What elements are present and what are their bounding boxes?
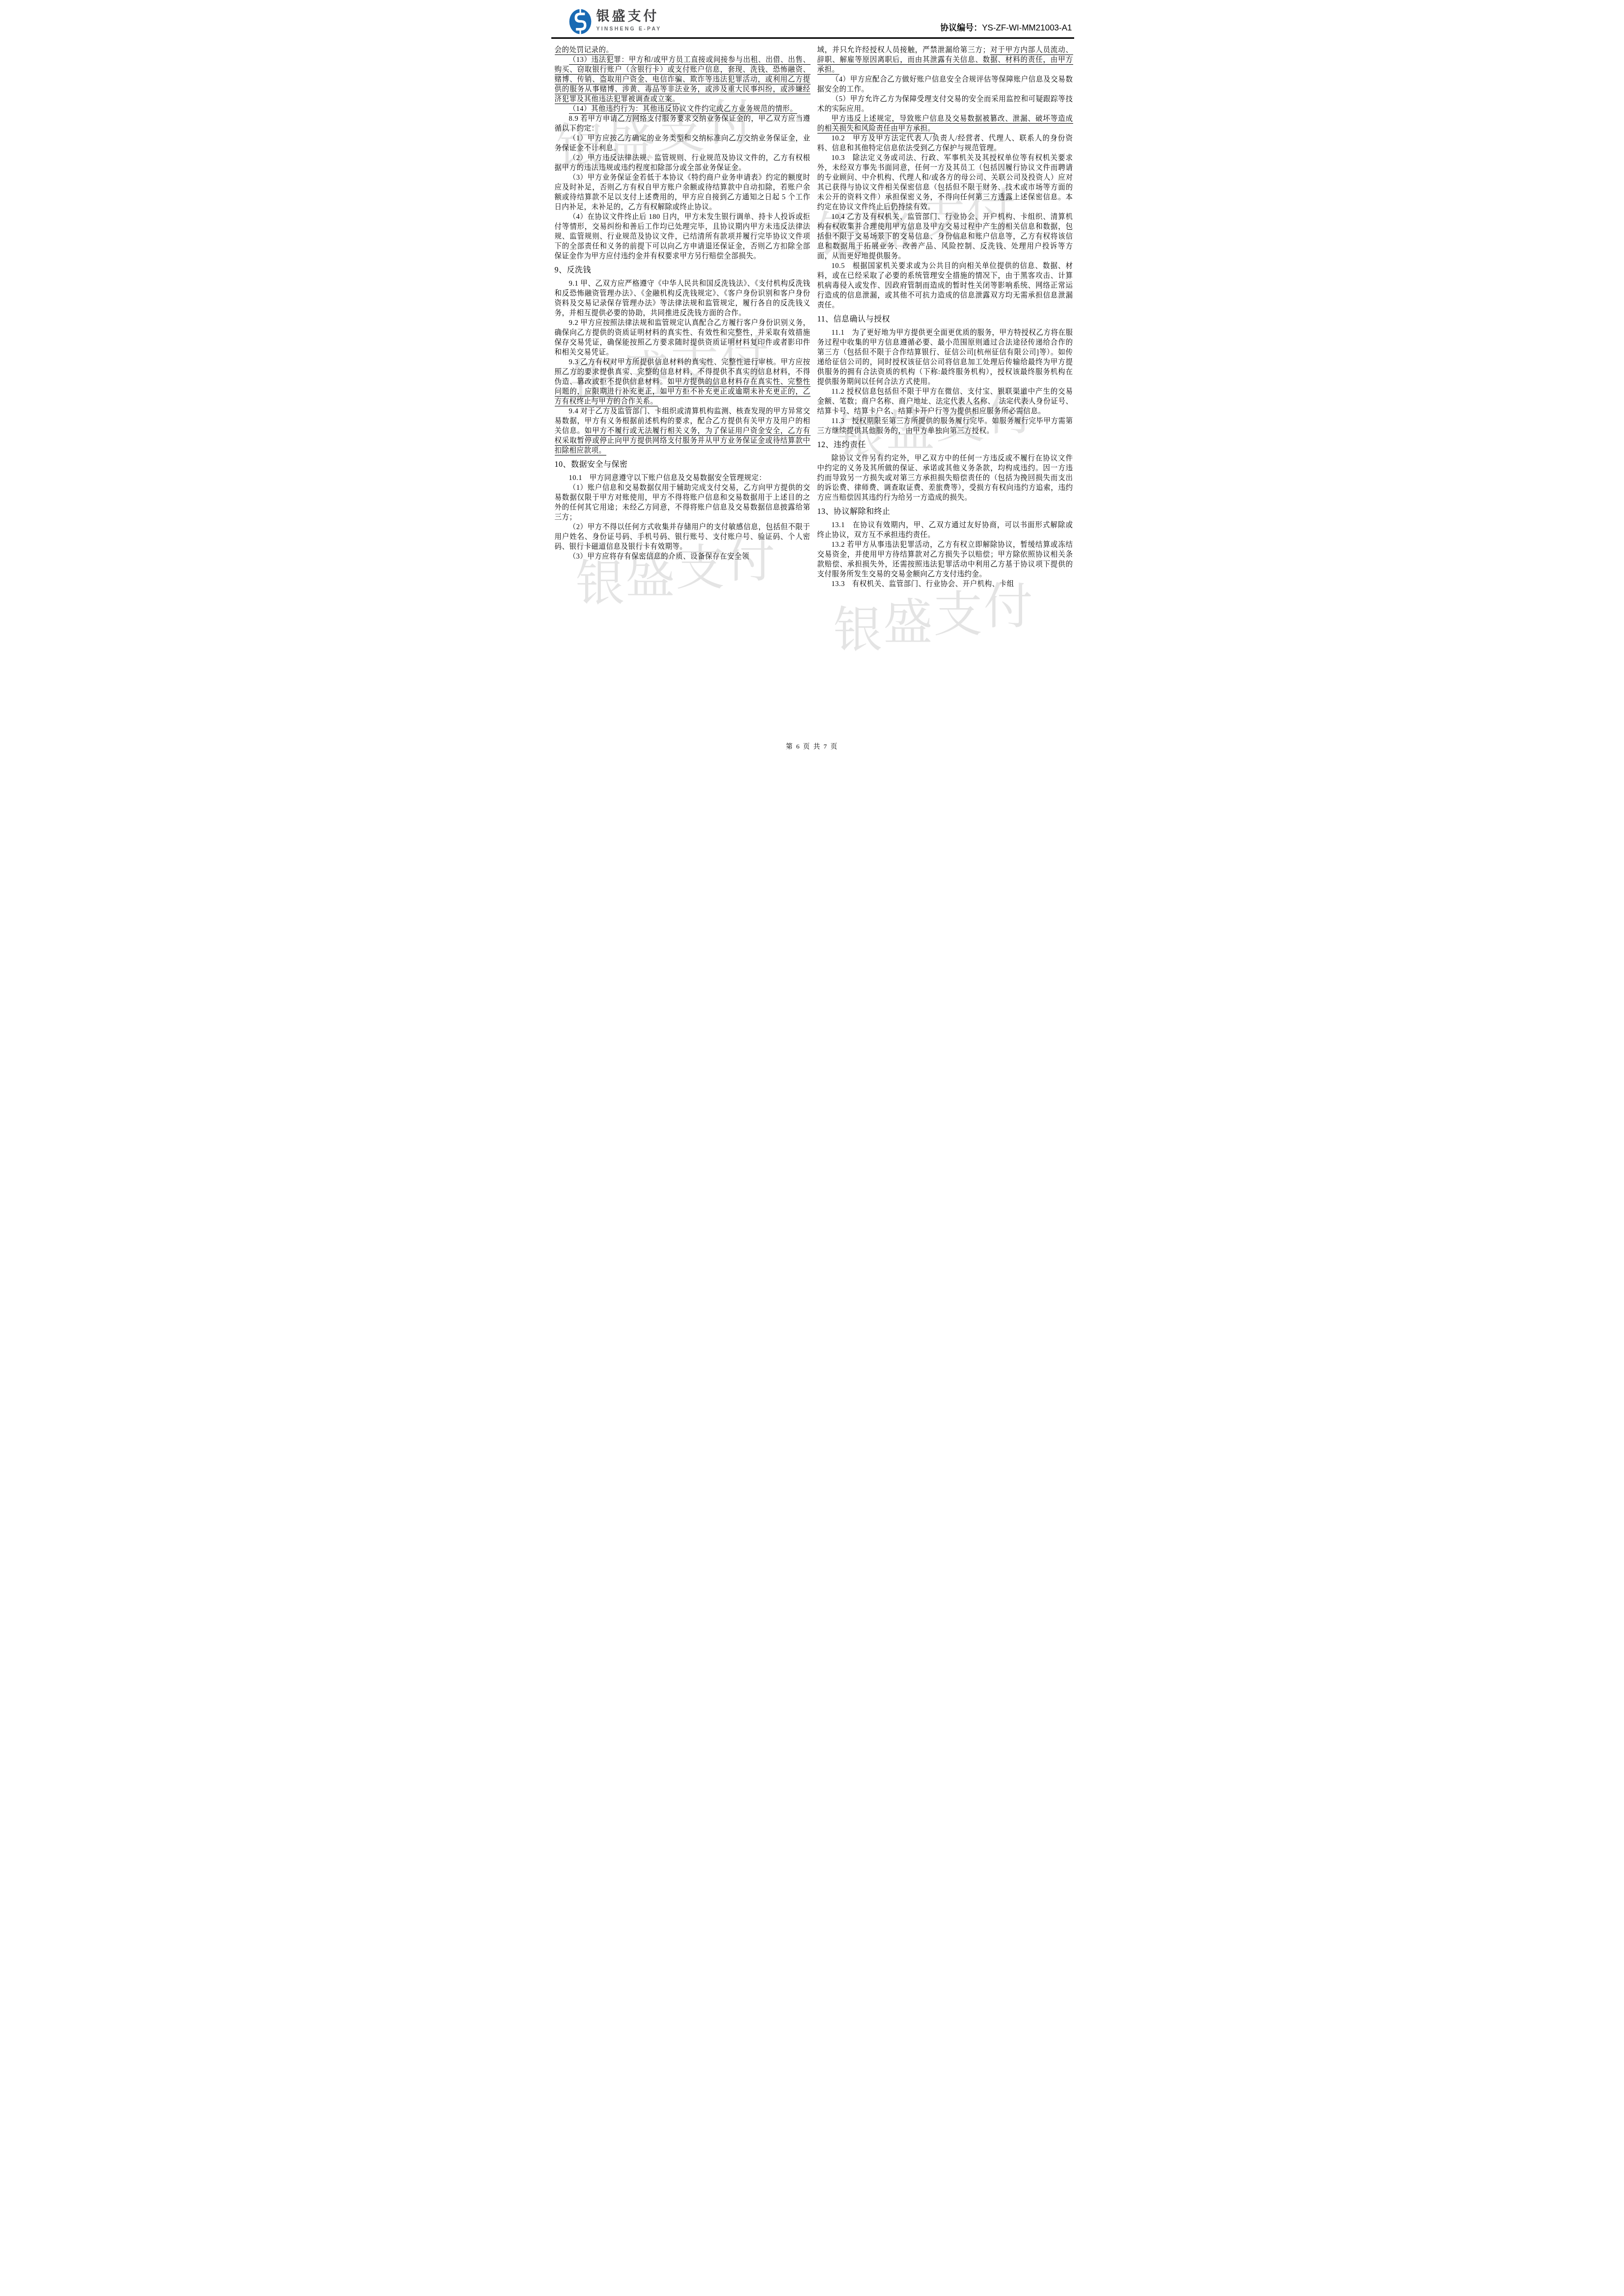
paragraph: 10.1 甲方同意遵守以下账户信息及交易数据安全管理规定：: [555, 473, 811, 483]
page-header: 银盛支付 YINSHENG E-PAY 协议编号：YS-ZF-WI-MM2100…: [552, 7, 1073, 36]
paragraph: 9.1 甲、乙双方应严格遵守《中华人民共和国反洗钱法》、《支付机构反洗钱和反恐怖…: [555, 279, 811, 318]
text-run: 10、数据安全与保密: [555, 460, 628, 469]
paragraph: 11.3 授权期限至第三方所提供的服务履行完毕。如服务履行完毕甲方需第三方继续提…: [817, 416, 1073, 436]
text-run: （1）甲方应按乙方确定的业务类型和交纳标准向乙方交纳业务保证金，业务保证金不计利…: [555, 134, 811, 152]
header-rule: [551, 37, 1074, 39]
text-run: （2）甲方不得以任何方式收集并存储用户的支付敏感信息，包括但不限于用户姓名、身份…: [555, 523, 811, 551]
paragraph: 9.2 甲方应按照法律法规和监管规定认真配合乙方履行客户身份识别义务，确保向乙方…: [555, 318, 811, 357]
agreement-number-value: YS-ZF-WI-MM21003-A1: [982, 23, 1072, 32]
text-run: （3）甲方应将存有保密信息的介质、设备保存在安全领: [569, 553, 750, 561]
paragraph: （3）甲方应将存有保密信息的介质、设备保存在安全领: [555, 552, 811, 561]
paragraph: 11.1 为了更好地为甲方提供更全面更优质的服务，甲方特授权乙方将在服务过程中收…: [817, 328, 1073, 387]
text-run: （1）账户信息和交易数据仅用于辅助完成支付交易，乙方向甲方提供的交易数据仅限于甲…: [555, 484, 811, 521]
brand-name: 银盛支付: [596, 9, 662, 24]
underlined-text-run: 甲方违反上述规定，导致账户信息及交易数据被篡改、泄漏、破坏等造成的相关损失和风险…: [817, 115, 1073, 133]
paragraph: 10.3 除法定义务或司法、行政、军事机关及其授权单位等有权机关要求外，未经双方…: [817, 153, 1073, 212]
text-run: 13.2 若甲方从事违法犯罪活动，乙方有权立即解除协议，暂缓结算或冻结交易资金，…: [817, 541, 1073, 578]
text-run: 域，并只允许经授权人员接触，严禁泄漏给第三方；: [817, 46, 990, 54]
paragraph: 10.2 甲方及甲方法定代表人/负责人/经营者、代理人、联系人的身份资料、信息和…: [817, 133, 1073, 153]
paragraph: 会的处罚记录的。: [555, 45, 811, 55]
section-heading: 11、信息确认与授权: [817, 315, 1073, 324]
paragraph: （2）甲方不得以任何方式收集并存储用户的支付敏感信息，包括但不限于用户姓名、身份…: [555, 522, 811, 552]
text-run: 11.3 授权期限至第三方所提供的服务履行完毕。如服务履行完毕甲方需第三方继续提…: [817, 417, 1073, 435]
section-heading: 10、数据安全与保密: [555, 460, 811, 470]
text-run: （2）甲方违反法律法规、监管规则、行业规范及协议文件的，乙方有权根据甲方的违法违…: [555, 154, 811, 172]
text-run: 13、协议解除和终止: [817, 507, 891, 516]
brand-logo: 银盛支付 YINSHENG E-PAY: [569, 9, 662, 34]
paragraph: 除协议文件另有约定外，甲乙双方中的任何一方违反或不履行在协议文件中约定的义务及其…: [817, 454, 1073, 503]
page-footer: 第 6 页 共 7 页: [541, 741, 1083, 750]
text-run: 除协议文件另有约定外，甲乙双方中的任何一方违反或不履行在协议文件中约定的义务及其…: [817, 454, 1073, 502]
paragraph: 甲方违反上述规定，导致账户信息及交易数据被篡改、泄漏、破坏等造成的相关损失和风险…: [817, 114, 1073, 133]
text-run: （4）在协议文件终止后 180 日内，甲方未发生银行调单、持卡人投诉或拒付等情形…: [555, 213, 811, 260]
paragraph: （13）违法犯罪：甲方和/或甲方员工直接或间接参与出租、出借、出售、购买、窃取银…: [555, 55, 811, 104]
paragraph: （4）甲方应配合乙方做好账户信息安全合规评估等保障账户信息及交易数据安全的工作。: [817, 75, 1073, 94]
text-run: 10.1 甲方同意遵守以下账户信息及交易数据安全管理规定：: [569, 474, 766, 482]
brand-subtitle: YINSHENG E-PAY: [596, 26, 662, 32]
paragraph: 8.9 若甲方申请乙方网络支付服务要求交纳业务保证金的，甲乙双方应当遵循以下约定…: [555, 114, 811, 133]
paragraph: 13.1 在协议有效期内，甲、乙双方通过友好协商，可以书面形式解除或终止协议，双…: [817, 520, 1073, 540]
yinsheng-logo-icon: [569, 9, 592, 34]
section-heading: 9、反洗钱: [555, 266, 811, 275]
underlined-text-run: 会的处罚记录的。: [555, 46, 614, 55]
text-run: 9、反洗钱: [555, 266, 592, 274]
paragraph: 9.4 对于乙方及监管部门、卡组织或清算机构监测、核查发现的甲方异常交易数据，甲…: [555, 406, 811, 455]
paragraph: （2）甲方违反法律法规、监管规则、行业规范及协议文件的，乙方有权根据甲方的违法违…: [555, 153, 811, 173]
paragraph: 9.3 乙方有权对甲方所提供信息材料的真实性、完整性进行审核。甲方应按照乙方的要…: [555, 357, 811, 406]
paragraph: 13.3 有权机关、监管部门、行业协会、开户机构、卡组: [817, 579, 1073, 589]
section-heading: 13、协议解除和终止: [817, 507, 1073, 517]
agreement-number: 协议编号：YS-ZF-WI-MM21003-A1: [940, 21, 1072, 33]
text-run: 8.9 若甲方申请乙方网络支付服务要求交纳业务保证金的，甲乙双方应当遵循以下约定…: [555, 115, 811, 133]
paragraph: 13.2 若甲方从事违法犯罪活动，乙方有权立即解除协议，暂缓结算或冻结交易资金，…: [817, 540, 1073, 579]
brand-text: 银盛支付 YINSHENG E-PAY: [596, 9, 662, 32]
paragraph: 10.4 乙方及有权机关、监管部门、行业协会、开户机构、卡组织、清算机构有权收集…: [817, 212, 1073, 261]
underlined-text-run: 如甲方不履行或无法履行相关义务，为了保证用户资金安全，乙方有权采取暂停或停止向甲…: [555, 427, 811, 455]
paragraph: （4）在协议文件终止后 180 日内，甲方未发生银行调单、持卡人投诉或拒付等情形…: [555, 212, 811, 261]
column-left: 会的处罚记录的。（13）违法犯罪：甲方和/或甲方员工直接或间接参与出租、出借、出…: [555, 45, 811, 734]
text-run: 11.2 授权信息包括但不限于甲方在微信、支付宝、银联渠道中产生的交易金额、笔数…: [817, 388, 1073, 415]
text-run: 10.5 根据国家机关要求或为公共目的向相关单位提供的信息、数据、材料，或在已经…: [817, 262, 1073, 309]
agreement-number-label: 协议编号：: [940, 23, 982, 32]
document-body: 会的处罚记录的。（13）违法犯罪：甲方和/或甲方员工直接或间接参与出租、出借、出…: [555, 45, 1073, 734]
paragraph: 域，并只允许经授权人员接触，严禁泄漏给第三方；对于甲方内部人员流动、辞职、解雇等…: [817, 45, 1073, 75]
underlined-text-run: （14）其他违约行为：其他违反协议文件约定或乙方业务规范的情形。: [569, 105, 798, 114]
document-page: 银盛支付 银盛支付 银盛支付 银盛支付 银盛支付 银盛支付 银盛支付 YINSH…: [541, 0, 1083, 765]
paragraph: 10.5 根据国家机关要求或为公共目的向相关单位提供的信息、数据、材料，或在已经…: [817, 261, 1073, 310]
paragraph: （3）甲方业务保证金若低于本协议《特约商户业务申请表》约定的额度时应及时补足，否…: [555, 173, 811, 212]
paragraph: （5）甲方允许乙方为保障受理支付交易的安全而采用监控和可疑跟踪等技术的实际应用。: [817, 94, 1073, 114]
text-run: 9.2 甲方应按照法律法规和监管规定认真配合乙方履行客户身份识别义务，确保向乙方…: [555, 319, 811, 356]
text-run: 10.4 乙方及有权机关、监管部门、行业协会、开户机构、卡组织、清算机构有权收集…: [817, 213, 1073, 260]
text-run: （4）甲方应配合乙方做好账户信息安全合规评估等保障账户信息及交易数据安全的工作。: [817, 76, 1073, 93]
underlined-text-run: （13）违法犯罪：甲方和/或甲方员工直接或间接参与出租、出借、出售、购买、窃取银…: [555, 56, 811, 104]
text-run: 10.2 甲方及甲方法定代表人/负责人/经营者、代理人、联系人的身份资料、信息和…: [817, 134, 1073, 152]
paragraph: 11.2 授权信息包括但不限于甲方在微信、支付宝、银联渠道中产生的交易金额、笔数…: [817, 387, 1073, 416]
text-run: （5）甲方允许乙方为保障受理支付交易的安全而采用监控和可疑跟踪等技术的实际应用。: [817, 95, 1073, 113]
paragraph: （1）账户信息和交易数据仅用于辅助完成支付交易，乙方向甲方提供的交易数据仅限于甲…: [555, 483, 811, 522]
text-run: 9.1 甲、乙双方应严格遵守《中华人民共和国反洗钱法》、《支付机构反洗钱和反恐怖…: [555, 280, 811, 317]
paragraph: （14）其他违约行为：其他违反协议文件约定或乙方业务规范的情形。: [555, 104, 811, 114]
text-run: 11.1 为了更好地为甲方提供更全面更优质的服务，甲方特授权乙方将在服务过程中收…: [817, 329, 1073, 386]
text-run: 12、违约责任: [817, 441, 866, 449]
section-heading: 12、违约责任: [817, 440, 1073, 450]
text-run: 10.3 除法定义务或司法、行政、军事机关及其授权单位等有权机关要求外，未经双方…: [817, 154, 1073, 211]
text-run: （3）甲方业务保证金若低于本协议《特约商户业务申请表》约定的额度时应及时补足，否…: [555, 174, 811, 211]
text-run: 13.3 有权机关、监管部门、行业协会、开户机构、卡组: [832, 580, 1014, 588]
text-run: 13.1 在协议有效期内，甲、乙双方通过友好协商，可以书面形式解除或终止协议，双…: [817, 521, 1073, 539]
text-run: 11、信息确认与授权: [817, 315, 890, 323]
column-right: 域，并只允许经授权人员接触，严禁泄漏给第三方；对于甲方内部人员流动、辞职、解雇等…: [817, 45, 1073, 734]
paragraph: （1）甲方应按乙方确定的业务类型和交纳标准向乙方交纳业务保证金，业务保证金不计利…: [555, 133, 811, 153]
